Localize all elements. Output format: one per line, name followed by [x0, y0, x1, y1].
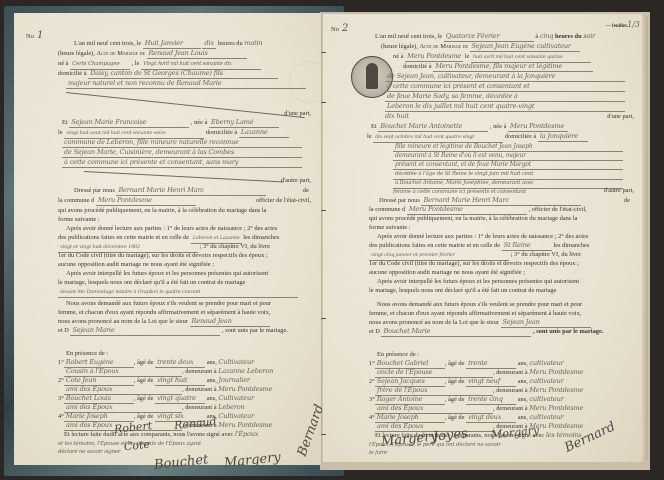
act-number: No2 — [331, 24, 348, 34]
left-page-act-1: No1 L'an mil neuf cent trois, le Huit Ja… — [14, 13, 322, 465]
groom-name-line: (heure légale), Acte de Mariage de Renau… — [58, 49, 247, 59]
d-une-part-label: d'une part, — [284, 109, 311, 118]
contrat-line: devant Me Dumontage notaire à Graplion l… — [58, 287, 298, 298]
d-une-part-label: d'une part, — [607, 112, 634, 121]
right-page-act-2: No2 — feuillet. 1/3 L'an mil neuf cent t… — [322, 14, 642, 462]
groom-name-line: (heure légale), Acte de Mariage de Sejea… — [381, 42, 580, 52]
d-autre-part-label: d'autre part, — [281, 176, 311, 185]
signature: Cote — [123, 438, 150, 454]
dame-line: et D Sejean Marie , sont unis par le mar… — [58, 326, 288, 336]
bride-detail-line-1: commune de Leberon, fille mineure nature… — [62, 138, 302, 148]
officer-line: Dressé par nous Bernard Marie Henri Marc — [74, 186, 266, 196]
bride-name-line: Et Sejean Marie Francoise , née à Eberny… — [62, 118, 279, 128]
bride-name-line: Et Bouchet Marie Antoinette , née à Meru… — [371, 122, 568, 132]
groom-detail-line-3: de feue Marie Sady, sa femme, décédée à — [385, 92, 625, 102]
act-date-line: L'an mil neuf cent trois, le Huit Janvie… — [74, 39, 262, 49]
strike-line — [84, 171, 284, 182]
lecture-line: Et lecture faite dudit acte aux comparan… — [64, 430, 258, 439]
groom-domicile-line: domicilié à Meru Pontdesme, fils majeur … — [403, 62, 593, 72]
d-autre-part-label: d'autre part, — [604, 186, 634, 195]
groom-detail-line-4: Leberon le dix juillet mil huit cent qua… — [385, 102, 625, 112]
act-number: No1 — [26, 31, 43, 41]
bride-detail-line-2: de Sejean Marie, Cuisinière, demeurant à… — [62, 148, 302, 158]
contrat-line: le mariage, lesquels nous ont déclaré qu… — [369, 286, 556, 295]
witnesses-heading: En présence de : — [377, 350, 419, 359]
groom-detail-line-1: de Sejean Jean, cultivateur, demeurant à… — [385, 72, 625, 82]
groom-domicile-line: domicilié à Daisy, canton de St Georges … — [58, 69, 278, 79]
dame-line: et D Bouchet Marie , sont unis par le ma… — [369, 327, 603, 337]
groom-parent-line: majeur naturel et non reconnu de Renaud … — [66, 79, 306, 89]
witnesses-heading: En présence de : — [66, 349, 108, 358]
folio-number: 1/3 — [627, 20, 640, 29]
strike-line — [66, 92, 305, 118]
act-date-line: L'an mil neuf cent trois, le Quatorze Fé… — [375, 32, 595, 42]
commune-line: la commune d Meru Pontdesme — [58, 196, 196, 206]
groom-detail-line-2: à cette commune ici présent et consentan… — [385, 82, 625, 92]
bride-detail-line-3: à cette commune ici présente et consenta… — [62, 158, 302, 168]
feuillet-label: — feuillet. — [606, 22, 628, 31]
